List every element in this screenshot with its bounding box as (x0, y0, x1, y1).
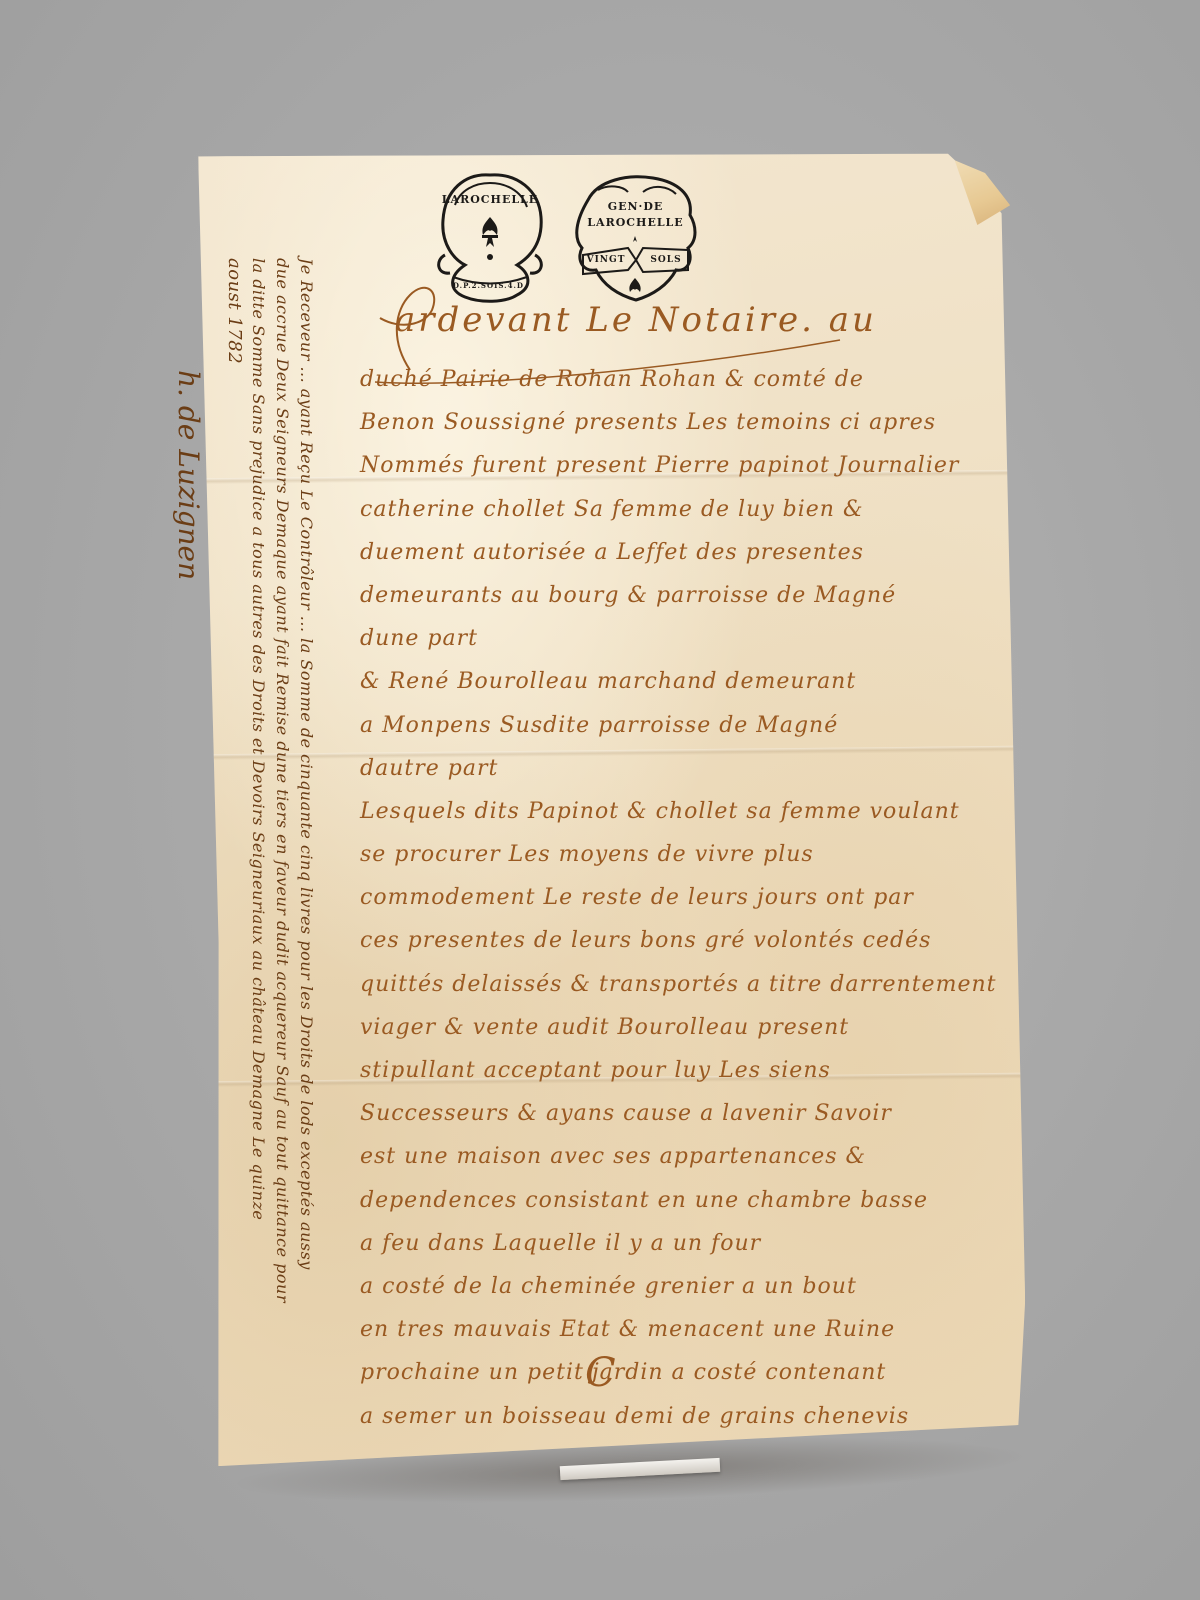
margin-signature: h. de Luzignen (172, 370, 205, 670)
body-line: catherine chollet Sa femme de luy bien & (360, 488, 980, 531)
margin-note-line: la ditte Somme Sans prejudice a tous aut… (246, 258, 270, 1478)
body-line: commodement Le reste de leurs jours ont … (360, 876, 980, 919)
stamp-middle-text: LAROCHELLE (568, 216, 703, 229)
body-line: dependences consistant en une chambre ba… (360, 1179, 980, 1222)
deed-body: duché Pairie de Rohan Rohan & comté de B… (360, 330, 980, 1438)
body-line: Nommés furent present Pierre papinot Jou… (360, 444, 980, 487)
body-line: quittés delaissés & transportés a titre … (360, 963, 980, 1006)
signature-text: h. de Luzignen (172, 370, 205, 580)
stamp-ribbon-right: SOLS (640, 255, 692, 265)
body-line: dautre part (360, 747, 980, 790)
page-mark: C (585, 1350, 616, 1396)
body-line: dune part (360, 617, 980, 660)
body-line: Benon Soussigné presents Les temoins ci … (360, 401, 980, 444)
body-line: Lesquels dits Papinot & chollet sa femme… (360, 790, 980, 833)
body-line: prochaine un petit jardin a costé conten… (360, 1351, 980, 1394)
margin-note-date: aoust 1782 (222, 258, 246, 1478)
stamp-top-text: GEN·DE (568, 200, 703, 213)
body-line: ces presentes de leurs bons gré volontés… (360, 919, 980, 962)
body-line: stipullant acceptant pour luy Les siens (360, 1049, 980, 1092)
body-line: duché Pairie de Rohan Rohan & comté de (360, 358, 980, 401)
body-line: Successeurs & ayans cause a lavenir Savo… (360, 1092, 980, 1135)
margin-note: Je Receveur ... ayant Reçu Le Contrôleur… (222, 258, 318, 1478)
body-line: demeurants au bourg & parroisse de Magné (360, 574, 980, 617)
body-line: a Monpens Susdite parroisse de Magné (360, 704, 980, 747)
body-line: & René Bourolleau marchand demeurant (360, 660, 980, 703)
stamp-ribbon-left: VINGT (580, 255, 632, 265)
body-line: duement autorisée a Leffet des presentes (360, 531, 980, 574)
body-line: a costé de la cheminée grenier a un bout (360, 1265, 980, 1308)
body-line: a feu dans Laquelle il y a un four (360, 1222, 980, 1265)
body-line: viager & vente audit Bourolleau present (360, 1006, 980, 1049)
body-line: en tres mauvais Etat & menacent une Ruin… (360, 1308, 980, 1351)
margin-note-line: due accrue Deux Seigneurs Demaque ayant … (270, 258, 294, 1478)
margin-note-line: Je Receveur ... ayant Reçu Le Contrôleur… (294, 258, 318, 1478)
body-line: se procurer Les moyens de vivre plus (360, 833, 980, 876)
stamp-top-text: LAROCHELLE (425, 193, 555, 206)
body-line: est une maison avec ses appartenances & (360, 1135, 980, 1178)
body-line: a semer un boisseau demi de grains chene… (360, 1395, 980, 1438)
